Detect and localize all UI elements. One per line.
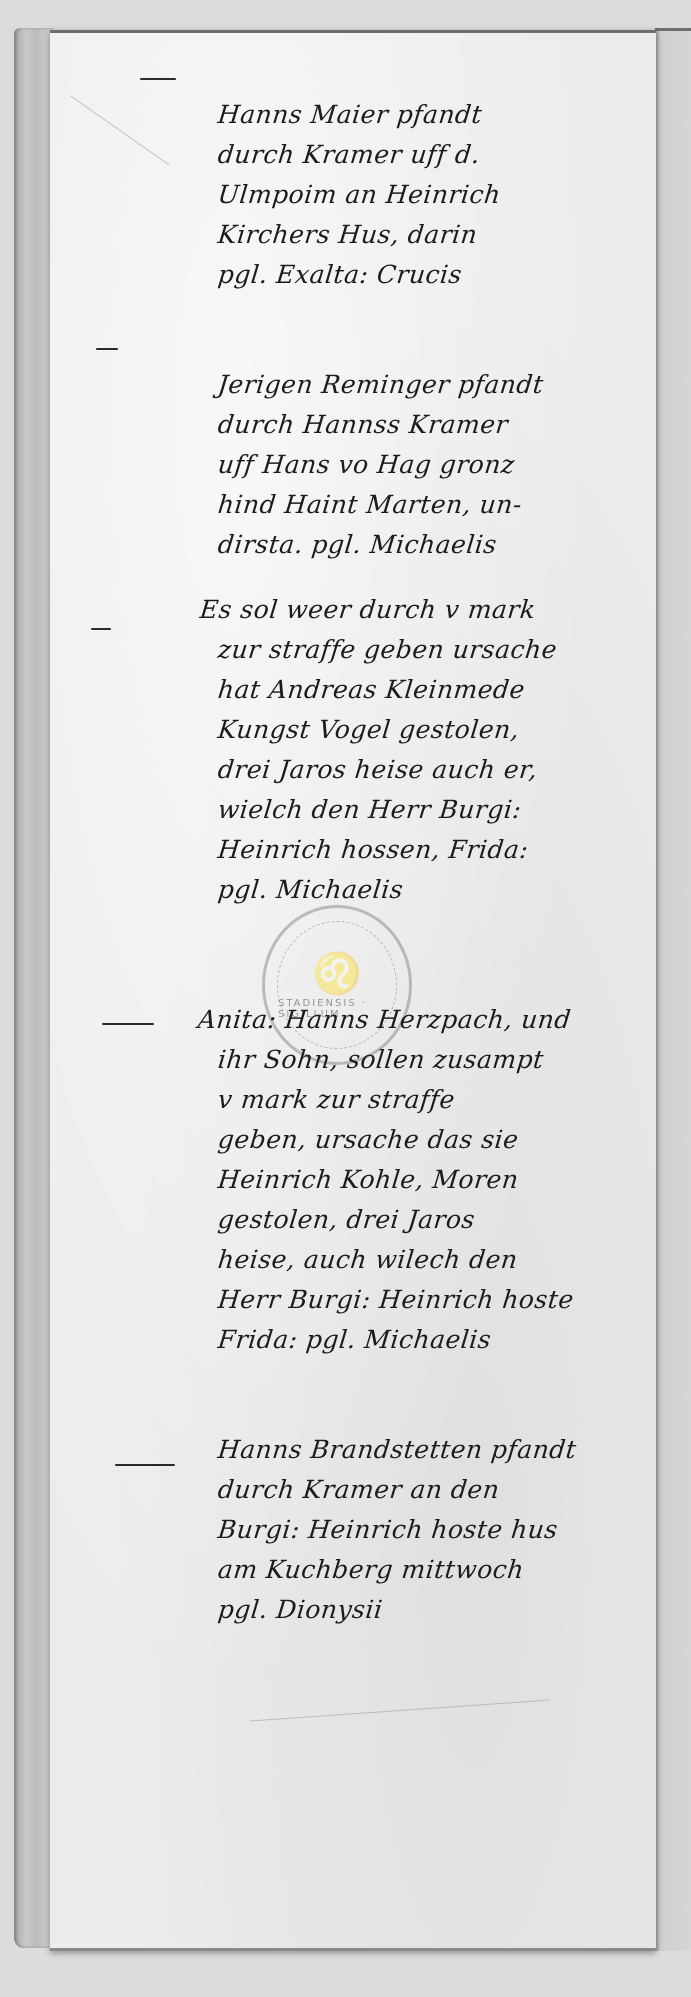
entry-line: durch Hannss Kramer: [216, 405, 650, 445]
entry-2: Jerigen Reminger pfandt durch Hannss Kra…: [218, 365, 648, 565]
entry-1: Hanns Maier pfandt durch Kramer uff d. U…: [218, 95, 648, 295]
entry-line: Kirchers Hus, darin: [216, 215, 650, 255]
entry-line: uff Hans vo Hag gronz: [216, 445, 650, 485]
margin-dash-entry-2: [96, 348, 118, 350]
margin-dash-entry-5: [115, 1464, 175, 1466]
entry-line: dirsta. pgl. Michaelis: [216, 525, 650, 565]
entry-line: hind Haint Marten, un-: [216, 485, 650, 525]
entry-line: hat Andreas Kleinmede: [198, 670, 632, 710]
entry-line: pgl. Exalta: Crucis: [216, 255, 650, 295]
entry-line: Herr Burgi: Heinrich hoste: [196, 1280, 630, 1320]
entry-3: Es sol weer durch v mark zur straffe geb…: [200, 590, 630, 910]
entry-line: Es sol weer durch v mark: [198, 590, 632, 630]
entry-line: Kungst Vogel gestolen,: [198, 710, 632, 750]
book-spine-edge: [14, 28, 54, 1948]
lion-emblem-icon: ♌: [312, 950, 362, 998]
entry-line: Hanns Maier pfandt: [216, 95, 650, 135]
entry-line: ihr Sohn, sollen zusampt: [196, 1040, 630, 1080]
entry-line: zur straffe geben ursache: [198, 630, 632, 670]
entry-line: Heinrich Kohle, Moren: [196, 1160, 630, 1200]
entry-line: geben, ursache das sie: [196, 1120, 630, 1160]
entry-line: Jerigen Reminger pfandt: [216, 365, 650, 405]
entry-line: drei Jaros heise auch er,: [198, 750, 632, 790]
entry-line: durch Kramer uff d.: [216, 135, 650, 175]
entry-line: Frida: pgl. Michaelis: [196, 1320, 630, 1360]
entry-line: am Kuchberg mittwoch: [216, 1550, 650, 1590]
entry-line: pgl. Michaelis: [198, 870, 632, 910]
entry-line: Hanns Brandstetten pfandt: [216, 1430, 650, 1470]
entry-5: Hanns Brandstetten pfandt durch Kramer a…: [218, 1430, 648, 1630]
entry-line: Anita: Hanns Herzpach, und: [196, 1000, 630, 1040]
entry-line: Ulmpoim an Heinrich: [216, 175, 650, 215]
entry-line: durch Kramer an den: [216, 1470, 650, 1510]
entry-line: pgl. Dionysii: [216, 1590, 650, 1630]
entry-line: heise, auch wilech den: [196, 1240, 630, 1280]
entry-line: wielch den Herr Burgi:: [198, 790, 632, 830]
entry-line: v mark zur straffe: [196, 1080, 630, 1120]
entry-line: Heinrich hossen, Frida:: [198, 830, 632, 870]
margin-dash-entry-1: [140, 78, 176, 80]
entry-4: Anita: Hanns Herzpach, und ihr Sohn, sol…: [198, 1000, 628, 1360]
adjacent-page-edge: [655, 28, 691, 1951]
margin-dash-entry-3: [91, 628, 111, 630]
entry-line: Burgi: Heinrich hoste hus: [216, 1510, 650, 1550]
entry-line: gestolen, drei Jaros: [196, 1200, 630, 1240]
margin-dash-entry-4: [102, 1023, 154, 1025]
